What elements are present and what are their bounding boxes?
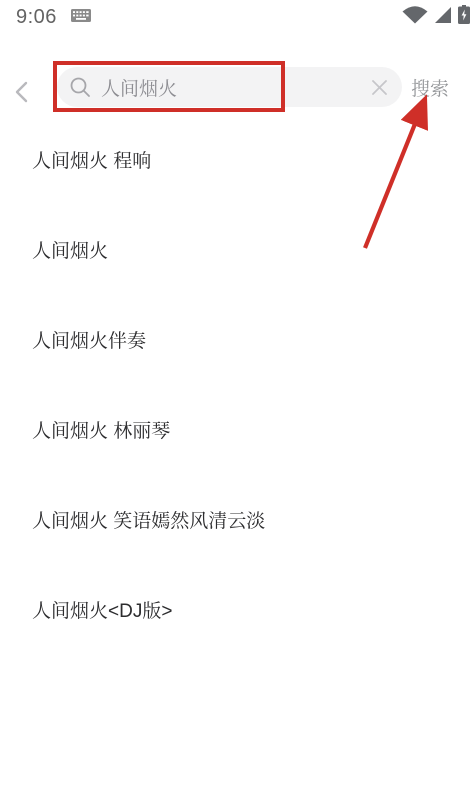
search-icon xyxy=(69,76,91,98)
close-icon xyxy=(371,79,388,96)
search-header: 搜索 xyxy=(0,55,475,130)
search-button[interactable]: 搜索 xyxy=(411,67,449,107)
suggestion-item[interactable]: 人间烟火 程响 xyxy=(0,130,475,220)
suggestion-item[interactable]: 人间烟火伴奏 xyxy=(0,310,475,400)
wifi-icon xyxy=(402,5,428,29)
chevron-left-icon xyxy=(14,80,29,104)
search-input[interactable] xyxy=(101,76,369,98)
search-field[interactable] xyxy=(57,67,402,107)
battery-charging-icon xyxy=(458,5,470,29)
app-screen: 9:06 xyxy=(0,0,475,804)
keyboard-icon xyxy=(71,9,91,27)
clear-search-button[interactable] xyxy=(369,77,390,98)
suggestion-item[interactable]: 人间烟火<DJ版> xyxy=(0,580,475,670)
back-button[interactable] xyxy=(14,80,29,104)
suggestion-item[interactable]: 人间烟火 xyxy=(0,220,475,310)
search-suggestion-list: 人间烟火 程响 人间烟火 人间烟火伴奏 人间烟火 林丽琴 人间烟火 笑语嫣然风清… xyxy=(0,130,475,670)
status-bar: 9:06 xyxy=(0,0,475,34)
cellular-signal-icon xyxy=(434,6,452,29)
suggestion-item[interactable]: 人间烟火 笑语嫣然风清云淡 xyxy=(0,490,475,580)
status-time: 9:06 xyxy=(16,6,57,29)
suggestion-item[interactable]: 人间烟火 林丽琴 xyxy=(0,400,475,490)
